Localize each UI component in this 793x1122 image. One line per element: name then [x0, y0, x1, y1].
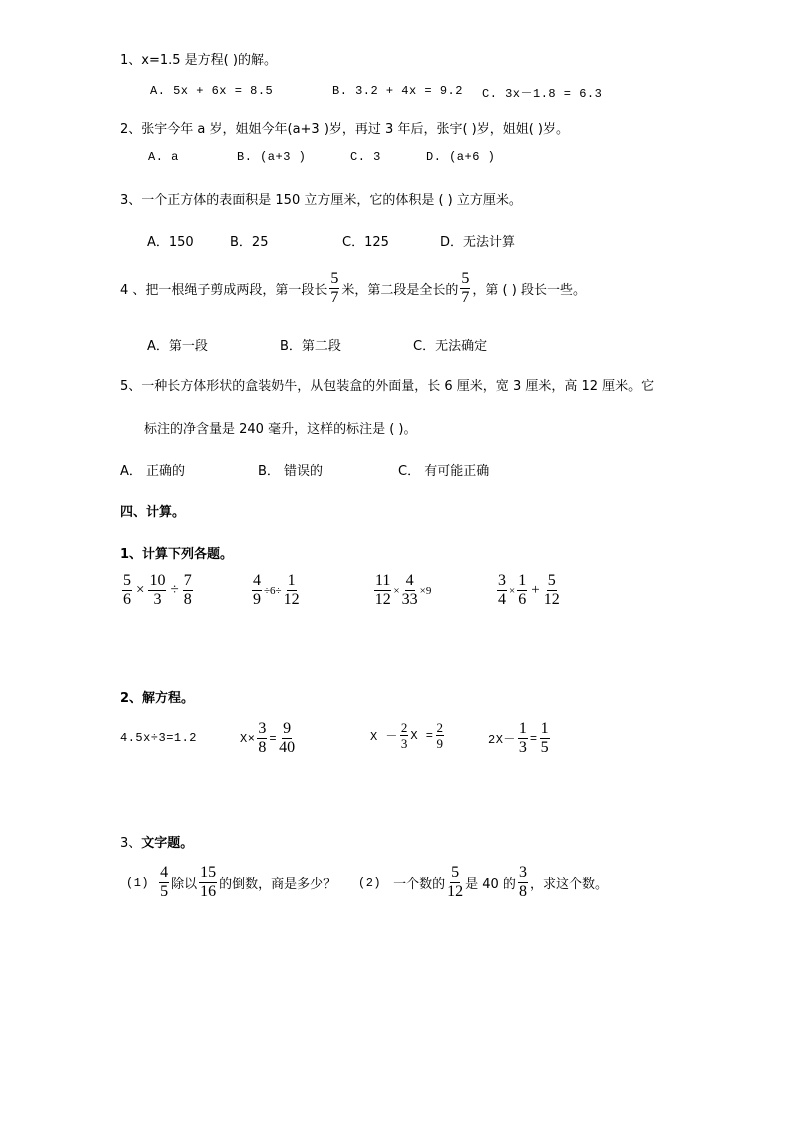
word-problem-2: (2) 一个数的 512 是 40 的 38 ，求这个数。	[358, 864, 608, 901]
question-3-option-d: D．无法计算	[440, 231, 515, 250]
word-problem-1: (1) 45 除以 1516 的倒数，商是多少？	[126, 864, 336, 901]
equation-2: X× 38 = 940	[240, 720, 297, 757]
question-4-middle: 米，第二段是全长的	[341, 279, 458, 298]
question-5-option-b: B． 错误的	[258, 460, 323, 479]
equation-4: 2X－ 13 = 15	[488, 720, 552, 757]
question-4-option-a: A．第一段	[147, 335, 208, 354]
calc-item-2: 49 ÷6÷ 112	[250, 572, 302, 609]
part-2-title: 2、解方程。	[120, 687, 194, 706]
question-2-option-a: A. a	[148, 150, 179, 164]
question-4-prefix: 4 、把一根绳子剪成两段，第一段长	[120, 279, 327, 298]
question-4-stem: 4 、把一根绳子剪成两段，第一段长 57 米，第二段是全长的 57 ，第 ( )…	[120, 270, 586, 307]
question-4-option-c: C．无法确定	[413, 335, 487, 354]
calc-item-1: 56 × 103 ÷ 78	[120, 572, 195, 609]
part-1-title: 1、计算下列各题。	[120, 543, 233, 562]
question-5-line-2: 标注的净含量是 240 毫升，这样的标注是 ( )。	[144, 418, 417, 437]
question-1-option-b: B. 3.2 + 4x = 9.2	[332, 84, 463, 98]
question-2-stem: 2、张宇今年 a 岁，姐姐今年(a+3 )岁，再过 3 年后，张宇( )岁，姐姐…	[120, 118, 569, 137]
question-1-option-c: C. 3x－1.8 = 6.3	[482, 84, 602, 101]
fraction: 57	[329, 270, 339, 307]
part-3-title: 3、文字题。	[120, 832, 193, 851]
question-3-option-b: B．25	[230, 231, 268, 250]
question-5-line-1: 5、一种长方体形状的盒装奶牛，从包装盒的外面量，长 6 厘米，宽 3 厘米，高 …	[120, 375, 654, 394]
equation-3: X － 23 X = 29	[370, 720, 446, 751]
question-2-option-c: C. 3	[350, 150, 381, 164]
question-5-option-a: A． 正确的	[120, 460, 185, 479]
section-4-title: 四、计算。	[120, 501, 185, 520]
question-2-option-b: B. (a+3 )	[237, 150, 306, 164]
fraction: 57	[460, 270, 470, 307]
equation-1: 4.5x÷3=1.2	[120, 731, 197, 745]
calc-item-4: 34 × 16 + 512	[495, 572, 562, 609]
question-4-option-b: B．第二段	[280, 335, 341, 354]
question-5-option-c: C． 有可能正确	[398, 460, 489, 479]
calc-item-3: 1112 × 433 ×9	[372, 572, 431, 609]
question-3-option-c: C．125	[342, 231, 389, 250]
question-1-option-a: A. 5x + 6x = 8.5	[150, 84, 273, 98]
question-3-option-a: A．150	[147, 231, 194, 250]
question-1-stem: 1、x=1.5 是方程( )的解。	[120, 49, 277, 68]
question-4-suffix: ，第 ( ) 段长一些。	[472, 279, 586, 298]
question-2-option-d: D. (a+6 )	[426, 150, 495, 164]
question-3-stem: 3、一个正方体的表面积是 150 立方厘米，它的体积是 ( ) 立方厘米。	[120, 189, 522, 208]
